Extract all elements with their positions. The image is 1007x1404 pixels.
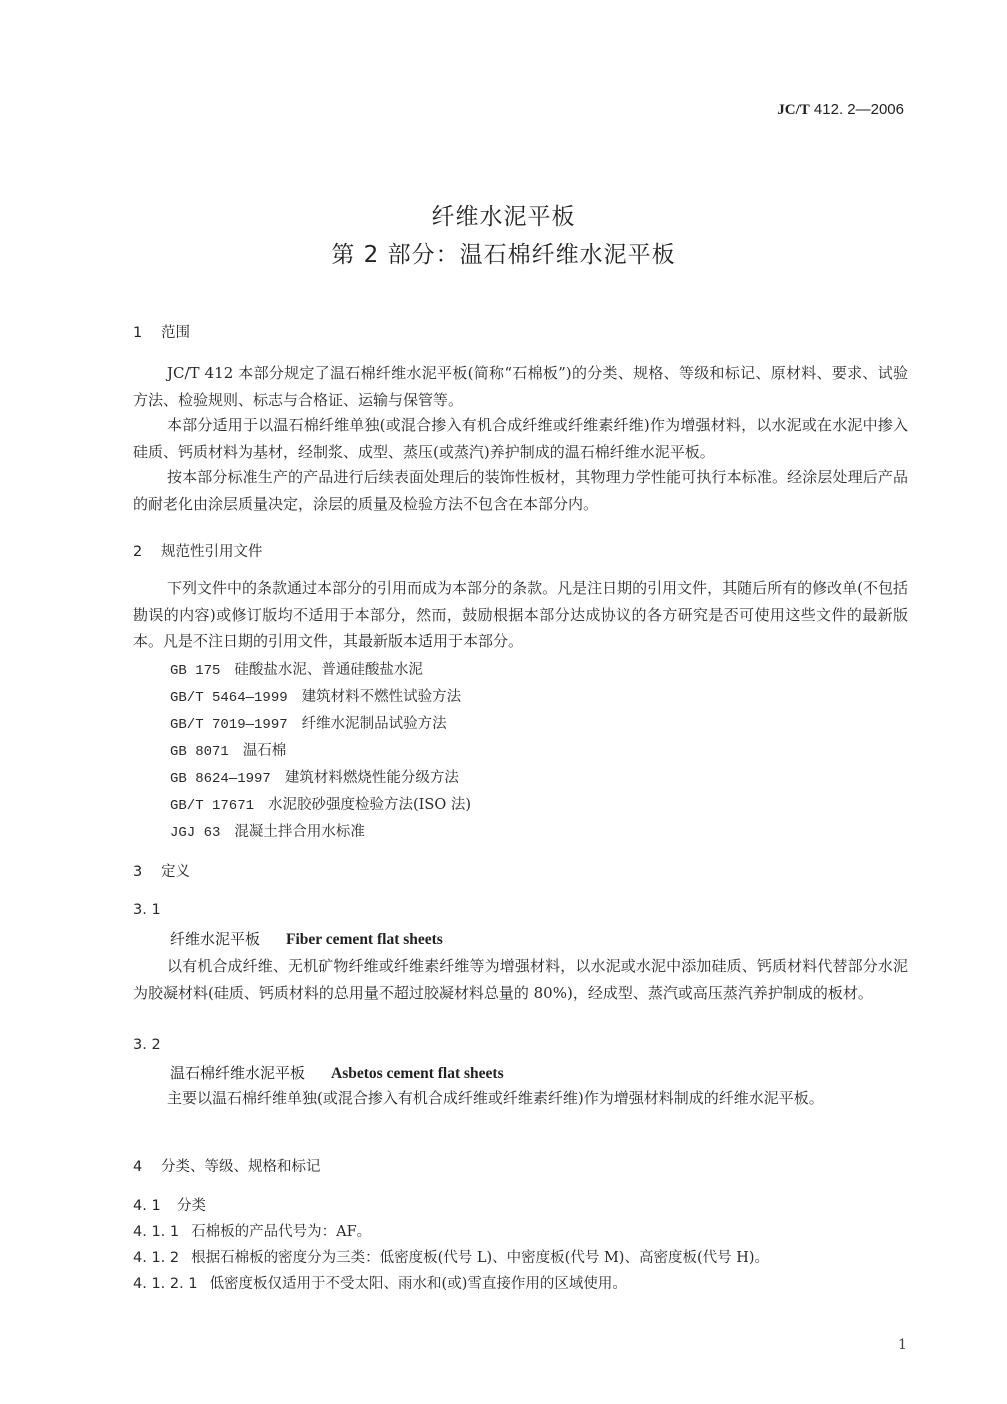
standard-code: JC/T 412. 2—2006 [777,101,904,119]
section-4-1-heading: 4. 1分类 [133,1194,206,1215]
term-3-2-definition: 主要以温石棉纤维单独(或混合掺入有机合成纤维或纤维素纤维)作为增强材料制成的纤维… [133,1085,908,1112]
section-1-paragraph-2: 本部分适用于以温石棉纤维单独(或混合掺入有机合成纤维或纤维素纤维)作为增强材料，… [133,412,908,465]
section-2-paragraph: 下列文件中的条款通过本部分的引用而成为本部分的条款。凡是注日期的引用文件，其随后… [133,575,908,655]
term-3-1-number: 3. 1 [133,902,173,918]
standard-code-prefix: JC/T [777,102,810,118]
reference-item: GB/T 17671水泥胶砂强度检验方法(ISO 法) [170,793,471,814]
reference-item: GB 175硅酸盐水泥、普通硅酸盐水泥 [170,658,423,679]
reference-item: GB/T 7019—1997纤维水泥制品试验方法 [170,712,447,733]
reference-item: GB/T 5464—1999建筑材料不燃性试验方法 [170,685,461,706]
standard-code-number: 412. 2—2006 [810,101,904,118]
document-subtitle: 第 2 部分：温石棉纤维水泥平板 [0,236,1007,269]
reference-item: JGJ 63混凝土拌合用水标准 [170,820,365,841]
document-title: 纤维水泥平板 [0,198,1007,231]
term-3-1: 纤维水泥平板Fiber cement flat sheets [170,928,443,949]
reference-item: GB 8624—1997建筑材料燃烧性能分级方法 [170,766,459,787]
term-3-2: 温石棉纤维水泥平板Asbetos cement flat sheets [170,1062,504,1083]
section-2-heading: 2规范性引用文件 [133,540,263,561]
page-number: 1 [898,1337,907,1353]
section-1-heading: 1范围 [133,321,190,342]
document-page: JC/T 412. 2—2006 纤维水泥平板 第 2 部分：温石棉纤维水泥平板… [0,0,1007,1404]
term-3-1-definition: 以有机合成纤维、无机矿物纤维或纤维素纤维等为增强材料，以水泥或水泥中添加硅质、钙… [133,953,908,1006]
section-3-heading: 3定义 [133,860,190,881]
section-4-heading: 4分类、等级、规格和标记 [133,1155,321,1176]
section-1-paragraph-1: JC/T 412 本部分规定了温石棉纤维水泥平板(简称“石棉板”)的分类、规格、… [133,360,908,413]
reference-item: GB 8071温石棉 [170,739,286,760]
section-1-paragraph-3: 按本部分标准生产的产品进行后续表面处理后的装饰性板材，其物理力学性能可执行本标准… [133,464,908,517]
clause-4-1-2-1: 4. 1. 2. 1低密度板仅适用于不受太阳、雨水和(或)雪直接作用的区域使用。 [133,1272,627,1293]
term-3-2-number: 3. 2 [133,1037,173,1053]
clause-4-1-2: 4. 1. 2根据石棉板的密度分为三类：低密度板(代号 L)、中密度板(代号 M… [133,1246,769,1267]
clause-4-1-1: 4. 1. 1石棉板的产品代号为：AF。 [133,1220,371,1241]
